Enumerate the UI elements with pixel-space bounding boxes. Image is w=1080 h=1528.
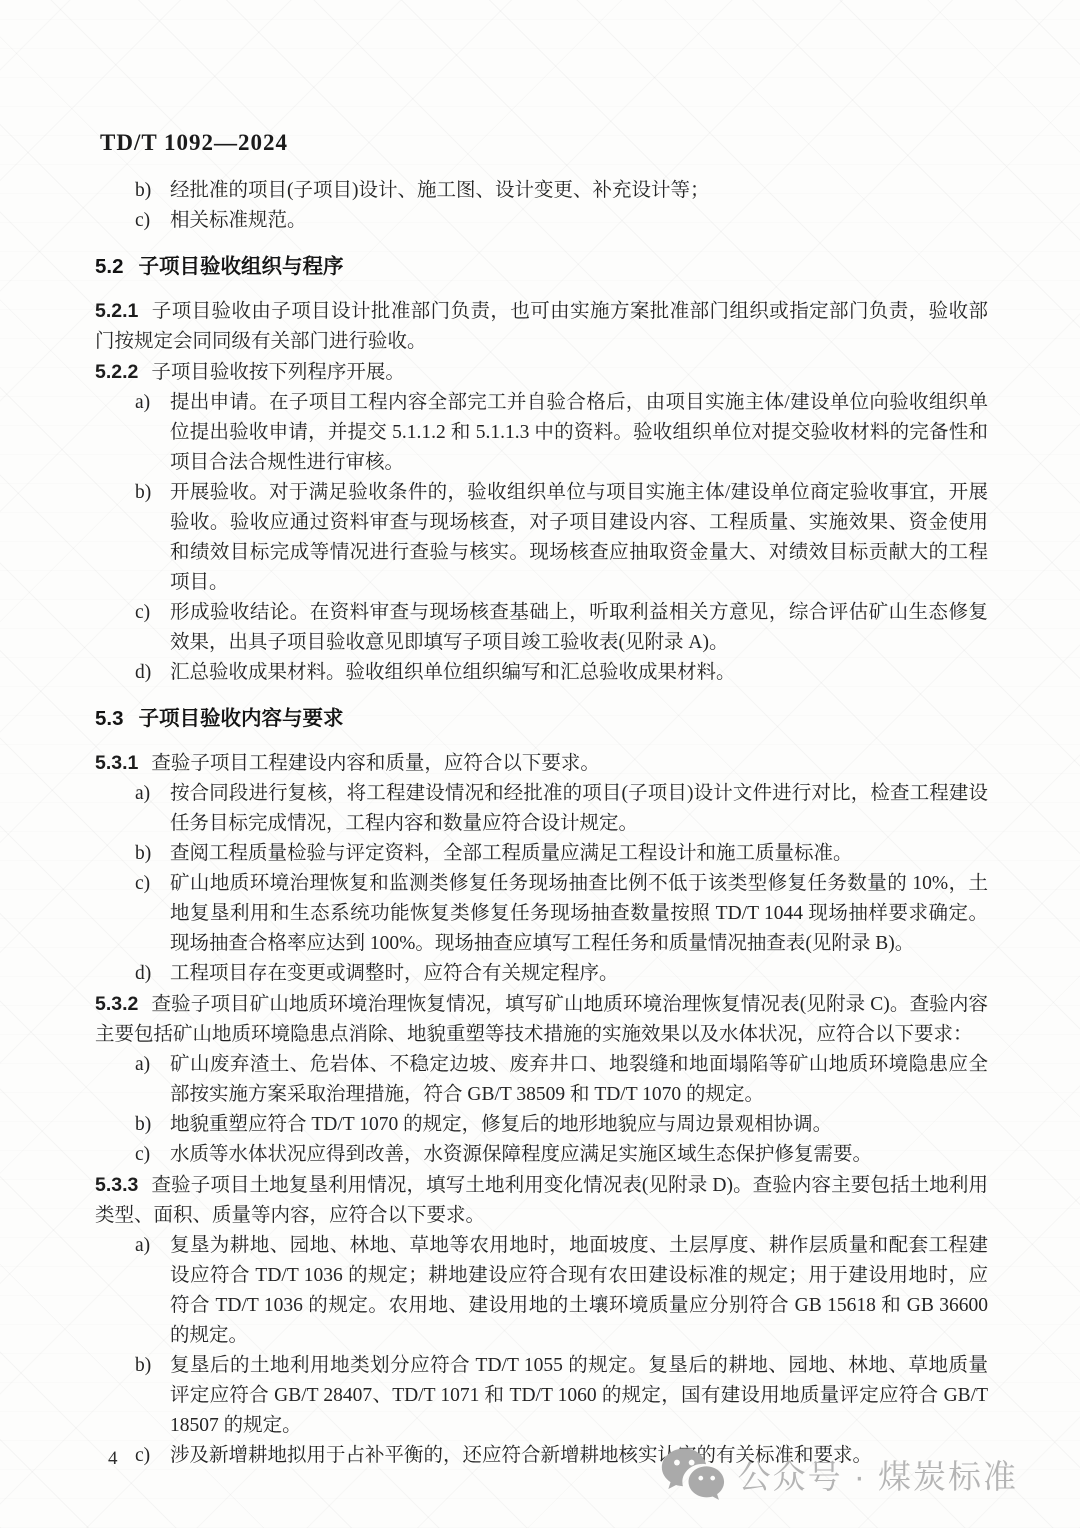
list-item: b)复垦后的土地利用地类划分应符合 TD/T 1055 的规定。复垦后的耕地、园…	[95, 1351, 988, 1441]
paragraph-text: 矿山废弃渣土、危岩体、不稳定边坡、废弃井口、地裂缝和地面塌陷等矿山地质环境隐患应…	[170, 1054, 988, 1105]
item-label: c)	[135, 1140, 150, 1170]
clause-number: 5.3	[95, 707, 124, 730]
paragraph-text: 汇总验收成果材料。验收组织单位组织编写和汇总验收成果材料。	[170, 662, 736, 683]
item-label: a)	[135, 1050, 150, 1080]
paragraph-text: 子项目验收组织与程序	[139, 255, 344, 278]
list-item: c)水质等水体状况应得到改善，水资源保障程度应满足实施区域生态保护修复需要。	[95, 1140, 988, 1170]
paragraph-text: 水质等水体状况应得到改善，水资源保障程度应满足实施区域生态保护修复需要。	[170, 1144, 872, 1165]
paragraph-text: 按合同段进行复核，将工程建设情况和经批准的项目(子项目)设计文件进行对比，检查工…	[170, 783, 988, 834]
paragraph-text: 复垦为耕地、园地、林地、草地等农用地时，地面坡度、土层厚度、耕作层质量和配套工程…	[170, 1235, 988, 1346]
paragraph-text: 相关标准规范。	[170, 210, 307, 231]
paragraph-text: 提出申请。在子项目工程内容全部完工并自验合格后，由项目实施主体/建设单位向验收组…	[170, 392, 988, 473]
list-item: b)查阅工程质量检验与评定资料，全部工程质量应满足工程设计和施工质量标准。	[95, 839, 988, 869]
paragraph-text: 查阅工程质量检验与评定资料，全部工程质量应满足工程设计和施工质量标准。	[170, 843, 853, 864]
clause-number: 5.2.1	[95, 300, 138, 322]
document-body: b)经批准的项目(子项目)设计、施工图、设计变更、补充设计等；c)相关标准规范。…	[95, 176, 988, 1471]
item-label: b)	[135, 839, 151, 869]
list-item: a)矿山废弃渣土、危岩体、不稳定边坡、废弃井口、地裂缝和地面塌陷等矿山地质环境隐…	[95, 1050, 988, 1110]
list-item: a)提出申请。在子项目工程内容全部完工并自验合格后，由项目实施主体/建设单位向验…	[95, 388, 988, 478]
list-item: a)复垦为耕地、园地、林地、草地等农用地时，地面坡度、土层厚度、耕作层质量和配套…	[95, 1231, 988, 1351]
clause-paragraph: 5.3.2查验子项目矿山地质环境治理恢复情况，填写矿山地质环境治理恢复情况表(见…	[95, 989, 988, 1050]
section-heading: 5.2子项目验收组织与程序	[95, 252, 988, 282]
standard-code: TD/T 1092—2024	[100, 130, 288, 156]
item-label: d)	[135, 658, 151, 688]
item-label: c)	[135, 206, 150, 236]
item-label: d)	[135, 959, 151, 989]
item-label: b)	[135, 478, 151, 508]
clause-number: 5.3.2	[95, 993, 138, 1015]
list-item: c)相关标准规范。	[95, 206, 988, 236]
list-item: b)经批准的项目(子项目)设计、施工图、设计变更、补充设计等；	[95, 176, 988, 206]
paragraph-text: 经批准的项目(子项目)设计、施工图、设计变更、补充设计等；	[170, 180, 710, 201]
paragraph-text: 查验子项目工程建设内容和质量，应符合以下要求。	[151, 753, 600, 774]
document-page: TD/T 1092—2024 b)经批准的项目(子项目)设计、施工图、设计变更、…	[0, 0, 1080, 1528]
item-label: a)	[135, 779, 150, 809]
paragraph-text: 查验子项目土地复垦利用情况，填写土地利用变化情况表(见附录 D)。查验内容主要包…	[95, 1175, 988, 1226]
clause-paragraph: 5.2.2子项目验收按下列程序开展。	[95, 357, 988, 388]
clause-number: 5.3.3	[95, 1174, 138, 1196]
paragraph-text: 矿山地质环境治理恢复和监测类修复任务现场抽查比例不低于该类型修复任务数量的 10…	[170, 873, 988, 954]
list-item: c)矿山地质环境治理恢复和监测类修复任务现场抽查比例不低于该类型修复任务数量的 …	[95, 869, 988, 959]
item-label: c)	[135, 598, 150, 628]
watermark: 公众号 · 煤炭标准	[660, 1446, 1018, 1502]
paragraph-text: 复垦后的土地利用地类划分应符合 TD/T 1055 的规定。复垦后的耕地、园地、…	[170, 1355, 988, 1436]
paragraph-text: 查验子项目矿山地质环境治理恢复情况，填写矿山地质环境治理恢复情况表(见附录 C)…	[95, 994, 988, 1045]
item-label: c)	[135, 869, 150, 899]
clause-paragraph: 5.3.3查验子项目土地复垦利用情况，填写土地利用变化情况表(见附录 D)。查验…	[95, 1170, 988, 1231]
paragraph-text: 开展验收。对于满足验收条件的，验收组织单位与项目实施主体/建设单位商定验收事宜，…	[170, 482, 988, 593]
paragraph-text: 子项目验收由子项目设计批准部门负责，也可由实施方案批准部门组织或指定部门负责，验…	[95, 301, 988, 352]
section-heading: 5.3子项目验收内容与要求	[95, 704, 988, 734]
clause-paragraph: 5.3.1查验子项目工程建设内容和质量，应符合以下要求。	[95, 748, 988, 779]
clause-number: 5.2.2	[95, 361, 138, 383]
paragraph-text: 子项目验收内容与要求	[139, 707, 344, 730]
clause-number: 5.3.1	[95, 752, 138, 774]
list-item: a)按合同段进行复核，将工程建设情况和经批准的项目(子项目)设计文件进行对比，检…	[95, 779, 988, 839]
paragraph-text: 地貌重塑应符合 TD/T 1070 的规定，修复后的地形地貌应与周边景观相协调。	[170, 1114, 832, 1135]
item-label: c)	[135, 1441, 150, 1471]
item-label: b)	[135, 176, 151, 206]
clause-number: 5.2	[95, 255, 124, 278]
list-item: d)工程项目存在变更或调整时，应符合有关规定程序。	[95, 959, 988, 989]
clause-paragraph: 5.2.1子项目验收由子项目设计批准部门负责，也可由实施方案批准部门组织或指定部…	[95, 296, 988, 357]
page-number: 4	[108, 1448, 118, 1470]
paragraph-text: 形成验收结论。在资料审查与现场核查基础上，听取利益相关方意见，综合评估矿山生态修…	[170, 602, 988, 653]
list-item: c)形成验收结论。在资料审查与现场核查基础上，听取利益相关方意见，综合评估矿山生…	[95, 598, 988, 658]
list-item: b)开展验收。对于满足验收条件的，验收组织单位与项目实施主体/建设单位商定验收事…	[95, 478, 988, 598]
paragraph-text: 工程项目存在变更或调整时，应符合有关规定程序。	[170, 963, 619, 984]
item-label: a)	[135, 1231, 150, 1261]
paragraph-text: 子项目验收按下列程序开展。	[151, 362, 405, 383]
item-label: b)	[135, 1110, 151, 1140]
item-label: a)	[135, 388, 150, 418]
watermark-text: 公众号 · 煤炭标准	[738, 1451, 1018, 1498]
item-label: b)	[135, 1351, 151, 1381]
wechat-icon	[660, 1446, 726, 1502]
list-item: d)汇总验收成果材料。验收组织单位组织编写和汇总验收成果材料。	[95, 658, 988, 688]
list-item: b)地貌重塑应符合 TD/T 1070 的规定，修复后的地形地貌应与周边景观相协…	[95, 1110, 988, 1140]
